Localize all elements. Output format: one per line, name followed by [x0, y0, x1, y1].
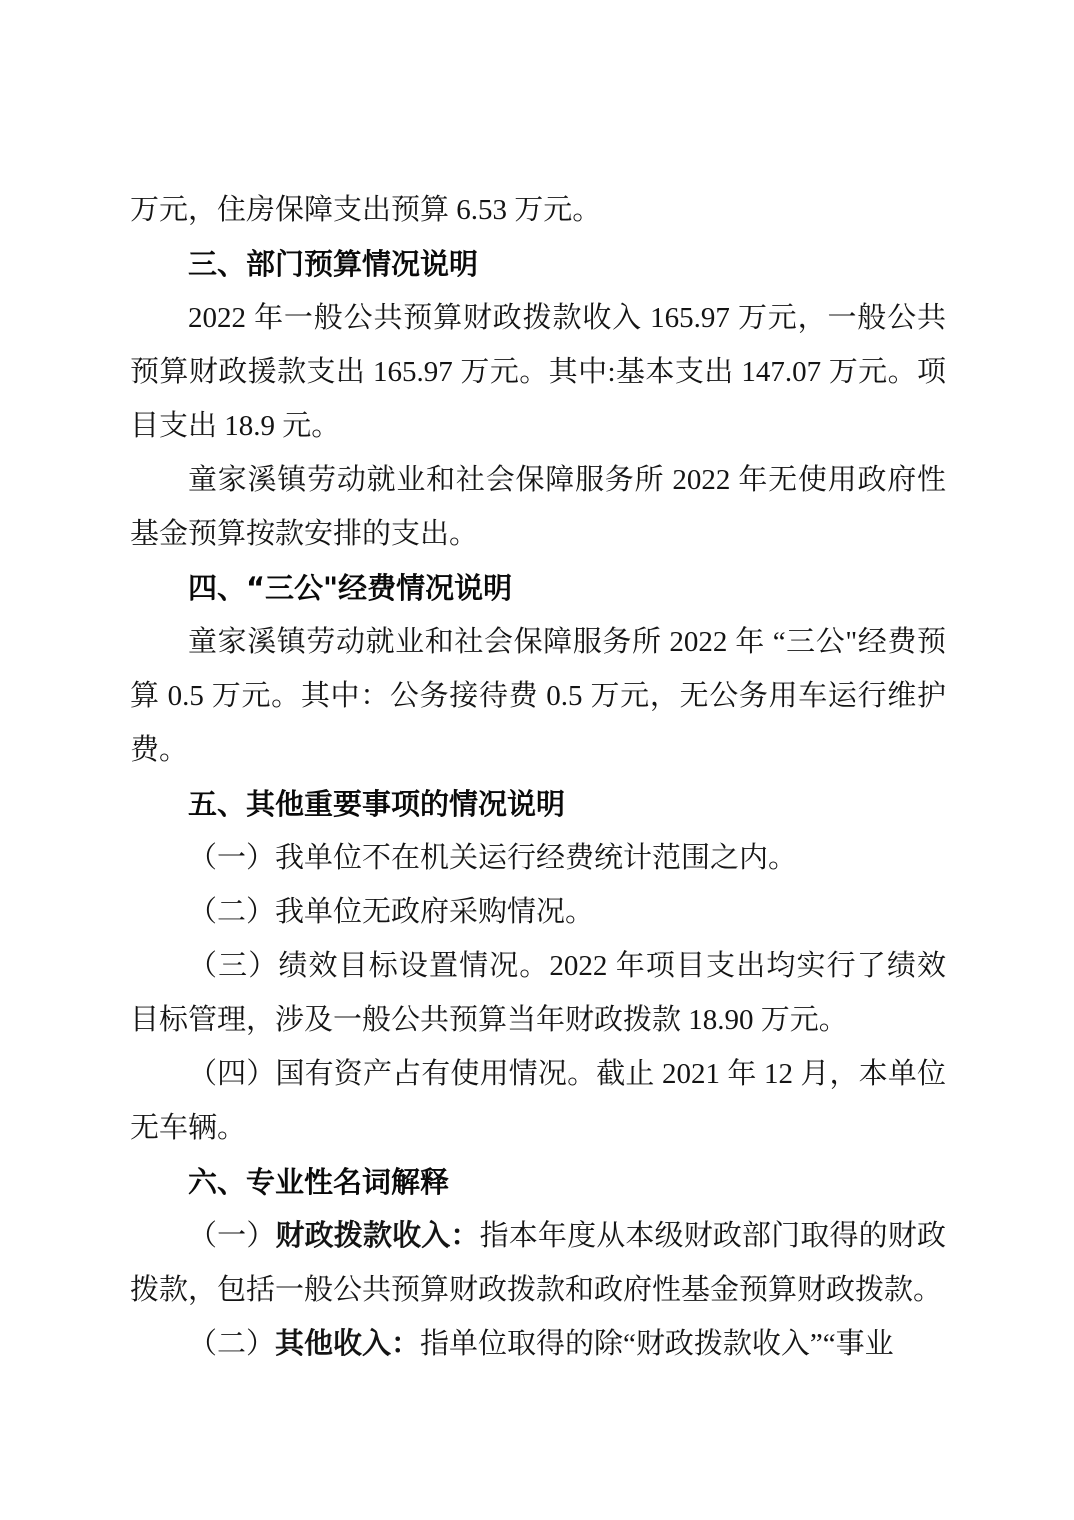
section-heading: 六、专业性名词解释 — [130, 1155, 946, 1209]
paragraph: （二）我单位无政府采购情况。 — [130, 885, 946, 939]
text-run: （三）绩效目标设置情况。2022 年项目支出均实行了绩效目标管理，涉及一般公共预… — [130, 950, 946, 1036]
text-run: （四）国有资产占有使用情况。截止 2021 年 12 月，本单位无车辆。 — [130, 1058, 946, 1144]
text-run: 五、其他重要事项的情况说明 — [188, 787, 565, 821]
paragraph: （一）我单位不在机关运行经费统计范围之内。 — [130, 831, 946, 885]
bold-term: 财政拨款收入： — [275, 1220, 479, 1252]
text-run: （二）我单位无政府采购情况。 — [188, 896, 594, 928]
text-run: （二） — [188, 1328, 275, 1360]
paragraph: （二）其他收入：指单位取得的除“财政拨款收入”“事业 — [130, 1317, 946, 1371]
paragraph: （一）财政拨款收入：指本年度从本级财政部门取得的财政拨款，包括一般公共预算财政拨… — [130, 1209, 946, 1317]
text-run: 三、部门预算情况说明 — [188, 247, 478, 281]
document-page: 万元，住房保障支出预算 6.53 万元。三、部门预算情况说明2022 年一般公共… — [0, 0, 1074, 1520]
text-run: （一）我单位不在机关运行经费统计范围之内。 — [188, 842, 797, 874]
paragraph: （三）绩效目标设置情况。2022 年项目支出均实行了绩效目标管理，涉及一般公共预… — [130, 939, 946, 1047]
bold-term: 其他收入： — [275, 1328, 420, 1360]
text-run: 指单位取得的除“财政拨款收入”“事业 — [420, 1328, 894, 1360]
paragraph: 2022 年一般公共预算财政拨款收入 165.97 万元，一般公共预算财政援款支… — [130, 291, 946, 453]
text-run: 童家溪镇劳动就业和社会保障服务所 2022 年无使用政府性基金预算按款安排的支出… — [130, 464, 946, 550]
section-heading: 四、“三公"经费情况说明 — [130, 561, 946, 615]
section-heading: 三、部门预算情况说明 — [130, 237, 946, 291]
section-heading: 五、其他重要事项的情况说明 — [130, 777, 946, 831]
text-run: 童家溪镇劳动就业和社会保障服务所 2022 年 “三公"经费预算 0.5 万元。… — [130, 626, 946, 766]
paragraph: （四）国有资产占有使用情况。截止 2021 年 12 月，本单位无车辆。 — [130, 1047, 946, 1155]
text-run: 四、“三公"经费情况说明 — [188, 571, 512, 605]
paragraph: 万元，住房保障支出预算 6.53 万元。 — [130, 183, 946, 237]
text-run: 六、专业性名词解释 — [188, 1165, 449, 1199]
document-content: 万元，住房保障支出预算 6.53 万元。三、部门预算情况说明2022 年一般公共… — [130, 183, 946, 1371]
paragraph: 童家溪镇劳动就业和社会保障服务所 2022 年 “三公"经费预算 0.5 万元。… — [130, 615, 946, 777]
paragraph: 童家溪镇劳动就业和社会保障服务所 2022 年无使用政府性基金预算按款安排的支出… — [130, 453, 946, 561]
text-run: （一） — [188, 1220, 275, 1252]
text-run: 万元，住房保障支出预算 6.53 万元。 — [130, 194, 601, 226]
text-run: 2022 年一般公共预算财政拨款收入 165.97 万元，一般公共预算财政援款支… — [130, 302, 946, 442]
